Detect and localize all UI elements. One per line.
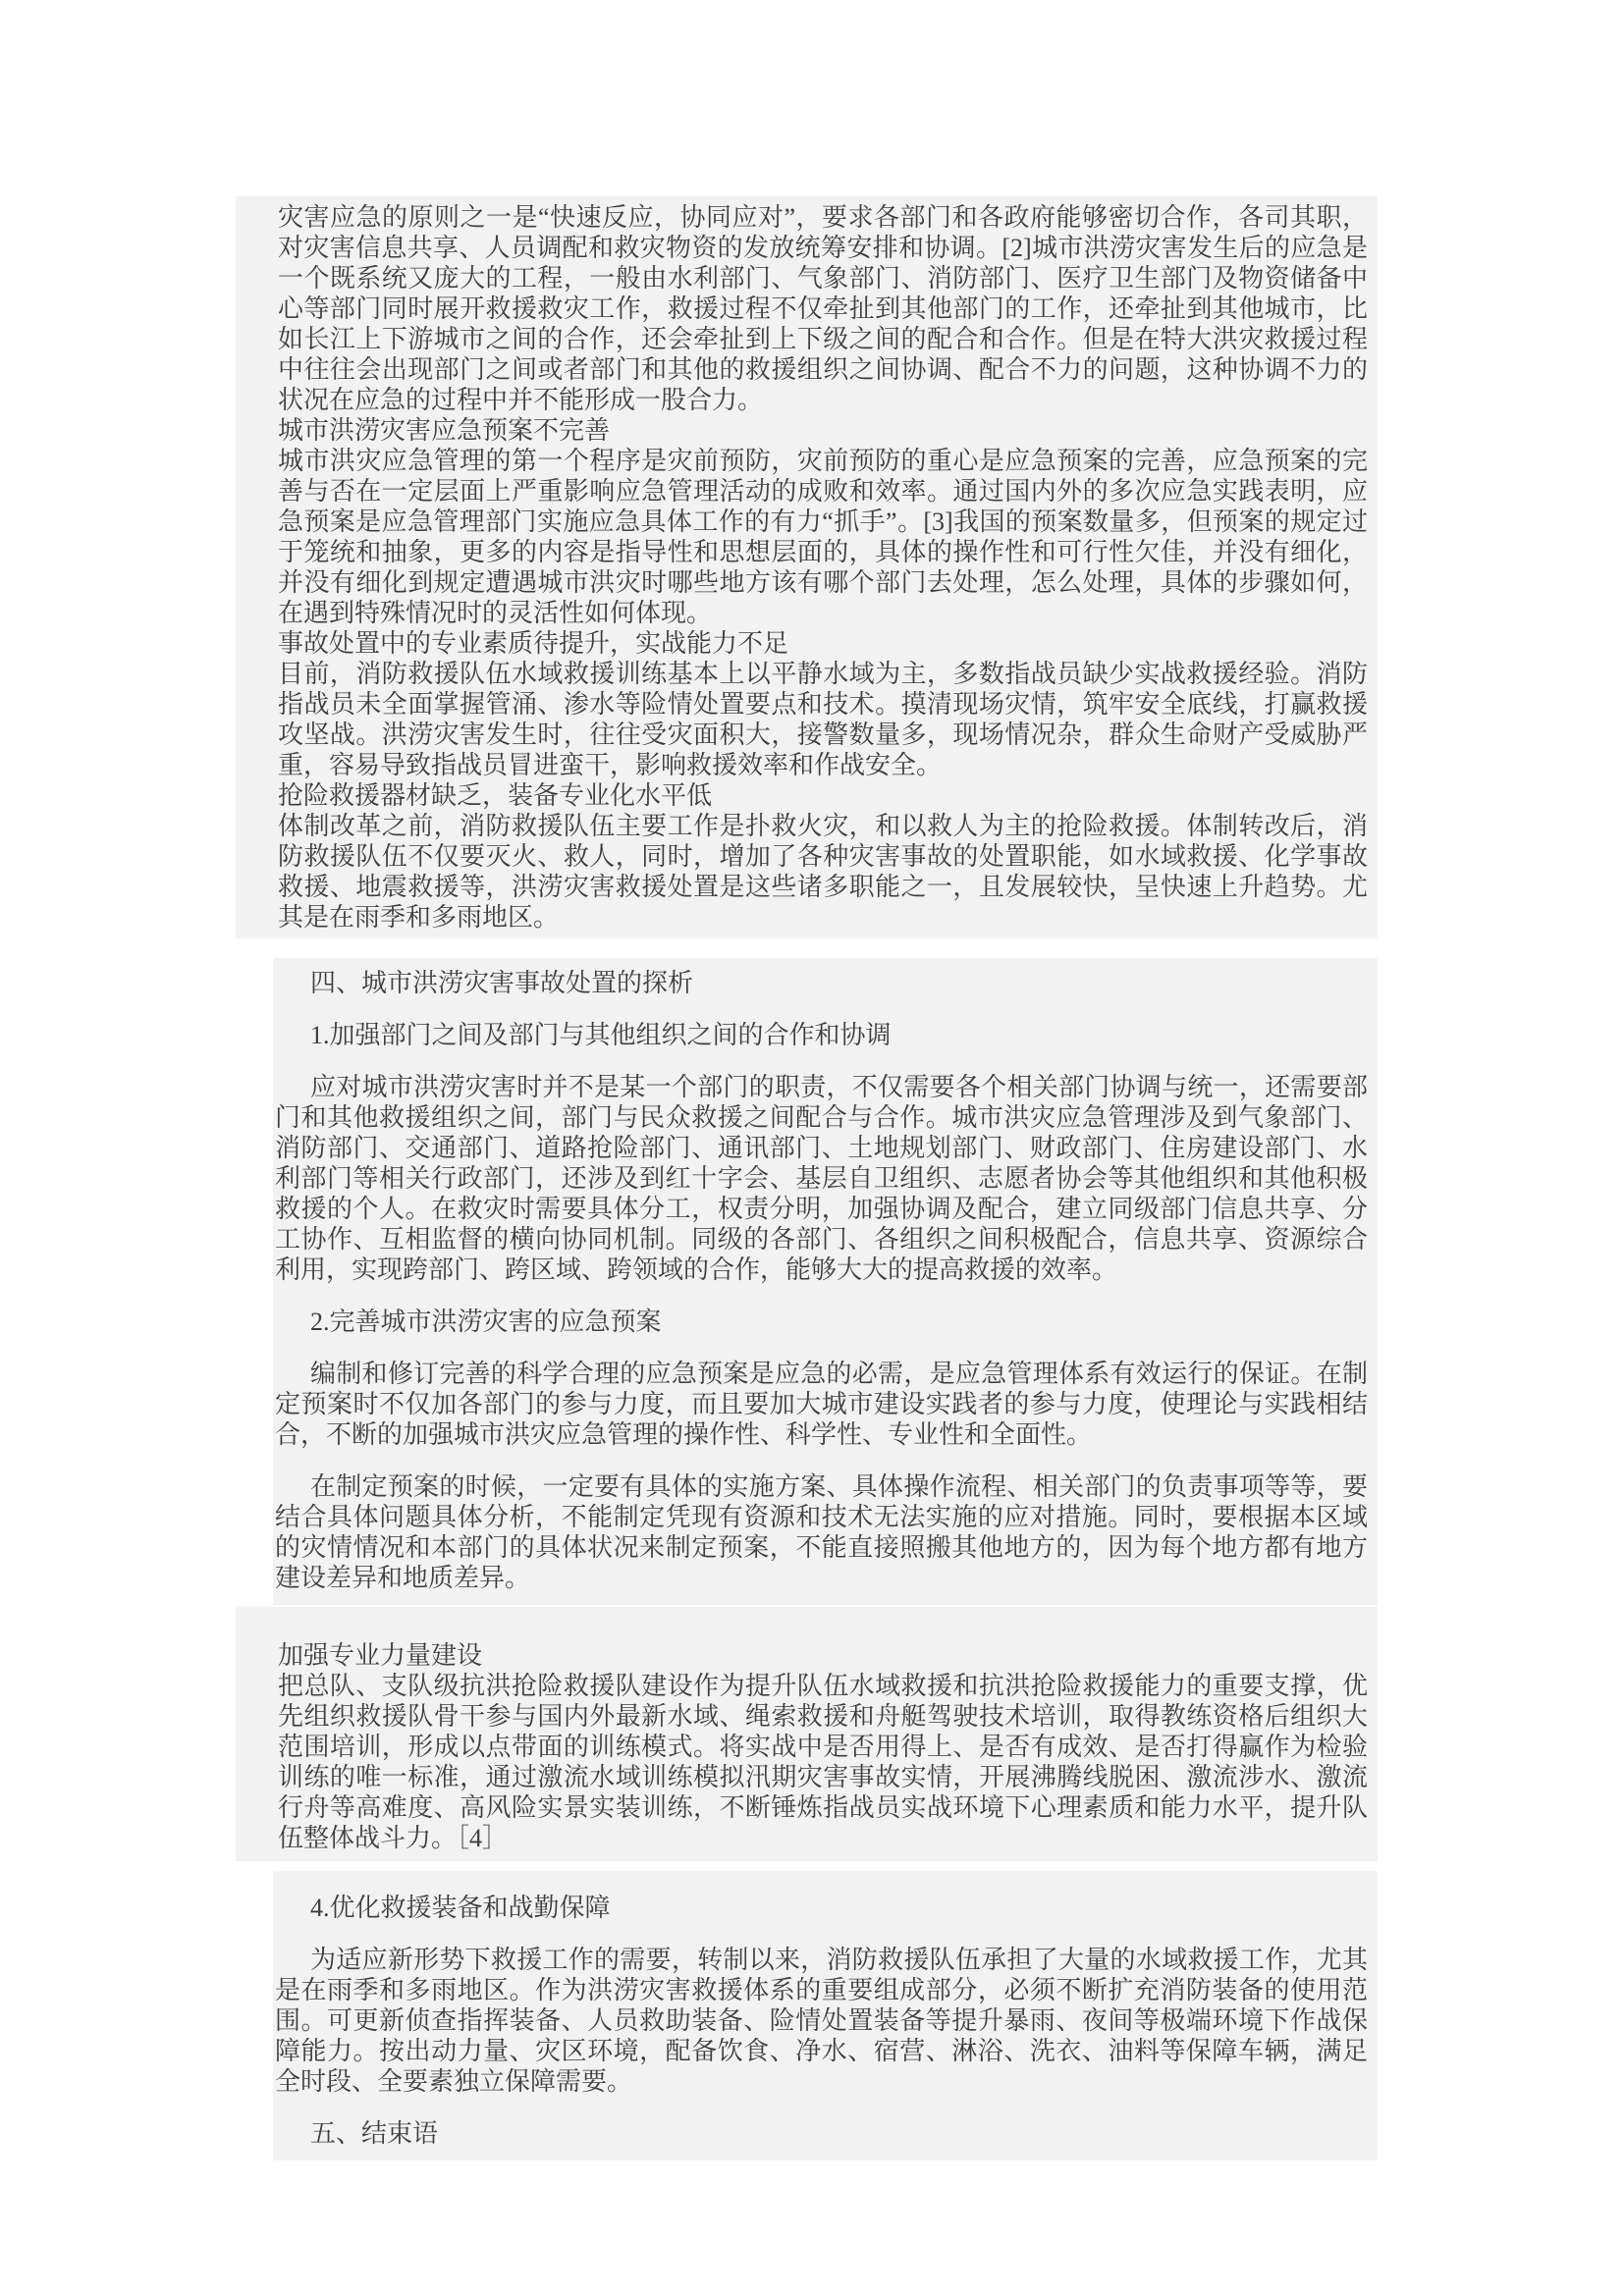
bullet-item-text: 把总队、支队级抗洪抢险救援队建设作为提升队伍水域救援和抗洪抢险救援能力的重要支撑… bbox=[278, 1671, 1368, 1853]
section-analysis: 四、城市洪涝灾害事故处置的探析 1.加强部门之间及部门与其他组织之间的合作和协调… bbox=[273, 958, 1378, 1605]
bullet-item: 抢险救援器材缺乏，装备专业化水平低 bbox=[236, 780, 1368, 811]
bullet-item-text: 城市洪涝灾害应急预案不完善 bbox=[278, 415, 1368, 446]
bullet-list-capacity: 加强专业力量建设 把总队、支队级抗洪抢险救援队建设作为提升队伍水域救援和抗洪抢险… bbox=[236, 1607, 1378, 1861]
subsection-heading-2: 2.完善城市洪涝灾害的应急预案 bbox=[275, 1307, 1368, 1337]
paragraph-plan-revision: 编制和修订完善的科学合理的应急预案是应急的必需，是应急管理体系有效运行的保证。在… bbox=[275, 1359, 1368, 1450]
bullet-item: 城市洪灾应急管理的第一个程序是灾前预防，灾前预防的重心是应急预案的完善，应急预案… bbox=[236, 446, 1368, 628]
section-heading-four: 四、城市洪涝灾害事故处置的探析 bbox=[275, 968, 1368, 998]
document-viewport: { "colors": { "page_bg": "#ffffff", "con… bbox=[0, 0, 1624, 2296]
paragraph-plan-detail: 在制定预案的时候，一定要有具体的实施方案、具体操作流程、相关部门的负责事项等等，… bbox=[275, 1471, 1368, 1593]
bullet-item: 加强专业力量建设 bbox=[236, 1640, 1368, 1671]
bullet-item: 目前，消防救援队伍水域救援训练基本上以平静水域为主，多数指战员缺少实战救援经验。… bbox=[236, 659, 1368, 780]
bullet-item: 事故处置中的专业素质待提升，实战能力不足 bbox=[236, 628, 1368, 659]
bullet-item: 体制改革之前，消防救援队伍主要工作是扑救火灾，和以救人为主的抢险救援。体制转改后… bbox=[236, 811, 1368, 933]
subsection-heading-4: 4.优化救援装备和战勤保障 bbox=[275, 1893, 1368, 1923]
bullet-item: 城市洪涝灾害应急预案不完善 bbox=[236, 415, 1368, 446]
document-page: 灾害应急的原则之一是“快速反应，协同应对”，要求各部门和各政府能够密切合作，各司… bbox=[236, 196, 1378, 2161]
bullet-list-problems: 灾害应急的原则之一是“快速反应，协同应对”，要求各部门和各政府能够密切合作，各司… bbox=[236, 196, 1378, 938]
bullet-item-text: 目前，消防救援队伍水域救援训练基本上以平静水域为主，多数指战员缺少实战救援经验。… bbox=[278, 659, 1368, 780]
bullet-item: 灾害应急的原则之一是“快速反应，协同应对”，要求各部门和各政府能够密切合作，各司… bbox=[236, 202, 1368, 415]
paragraph-cooperation: 应对城市洪涝灾害时并不是某一个部门的职责，不仅需要各个相关部门协调与统一，还需要… bbox=[275, 1072, 1368, 1285]
section-heading-five: 五、结束语 bbox=[275, 2118, 1368, 2149]
subsection-heading-1: 1.加强部门之间及部门与其他组织之间的合作和协调 bbox=[275, 1020, 1368, 1050]
paragraph-equipment: 为适应新形势下救援工作的需要，转制以来，消防救援队伍承担了大量的水域救援工作，尤… bbox=[275, 1945, 1368, 2097]
bullet-item-text: 加强专业力量建设 bbox=[278, 1640, 1368, 1671]
section-equipment-conclusion: 4.优化救援装备和战勤保障 为适应新形势下救援工作的需要，转制以来，消防救援队伍… bbox=[273, 1871, 1378, 2161]
bullet-item-text: 体制改革之前，消防救援队伍主要工作是扑救火灾，和以救人为主的抢险救援。体制转改后… bbox=[278, 811, 1368, 933]
bullet-item: 把总队、支队级抗洪抢险救援队建设作为提升队伍水域救援和抗洪抢险救援能力的重要支撑… bbox=[236, 1671, 1368, 1853]
bullet-item-text: 城市洪灾应急管理的第一个程序是灾前预防，灾前预防的重心是应急预案的完善，应急预案… bbox=[278, 446, 1368, 628]
bullet-item-text: 事故处置中的专业素质待提升，实战能力不足 bbox=[278, 628, 1368, 659]
bullet-item-text: 抢险救援器材缺乏，装备专业化水平低 bbox=[278, 780, 1368, 811]
bullet-item-text: 灾害应急的原则之一是“快速反应，协同应对”，要求各部门和各政府能够密切合作，各司… bbox=[278, 202, 1368, 415]
